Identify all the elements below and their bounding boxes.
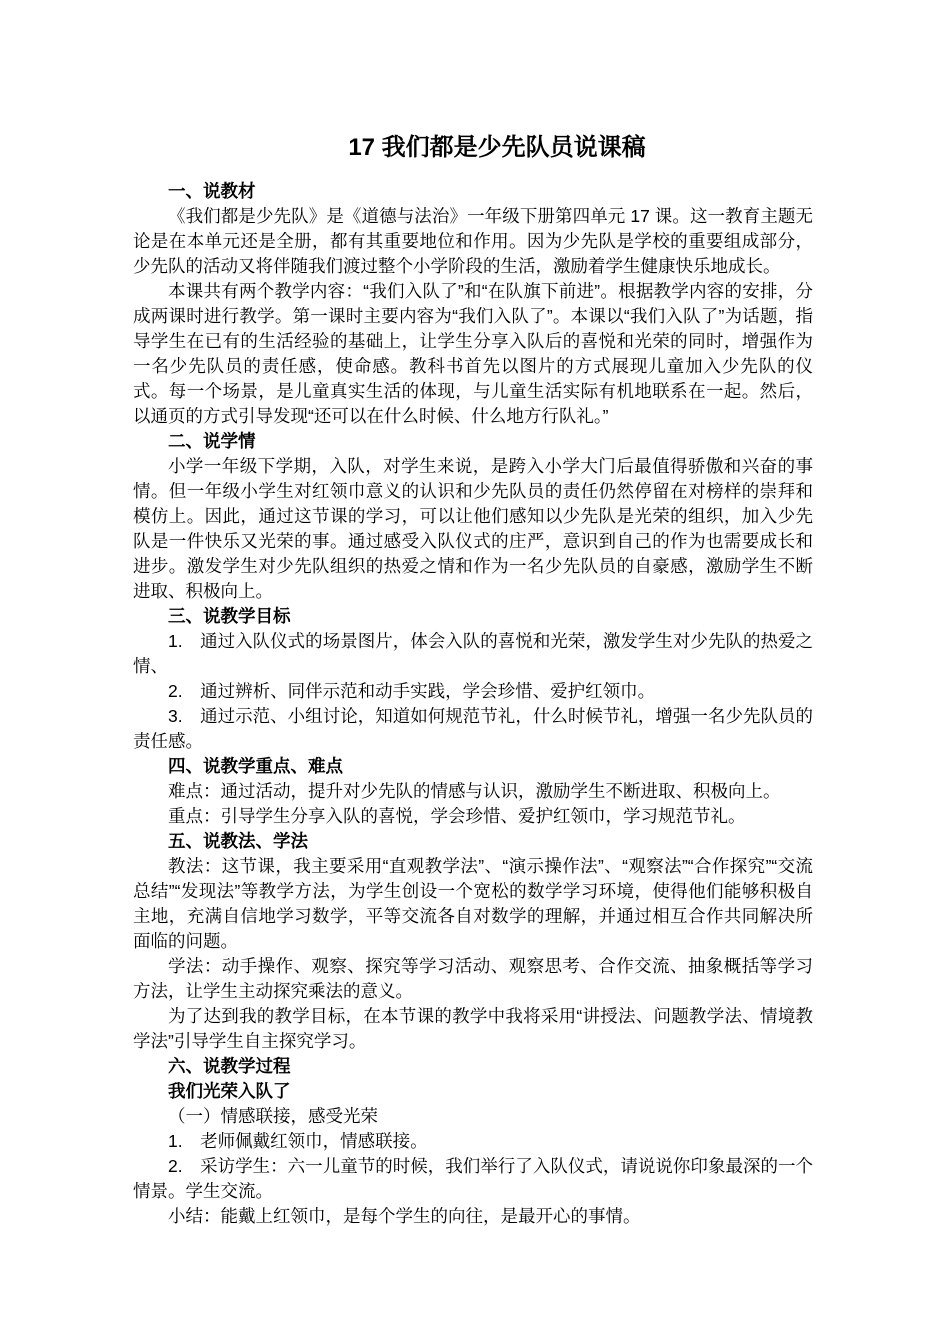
section-heading-teaching-goals: 三、说教学目标 [133, 604, 813, 629]
document-title: 17 我们都是少先队员说课稿 [133, 130, 813, 165]
paragraph-learner-analysis: 小学一年级下学期，入队，对学生来说，是跨入小学大门后最值得骄傲和兴奋的事情。但一… [133, 454, 813, 604]
section-heading-teaching-methods: 五、说教法、学法 [133, 829, 813, 854]
document-page: 17 我们都是少先队员说课稿 一、说教材 《我们都是少先队》是《道德与法治》一年… [0, 0, 950, 1344]
section-heading-learner-analysis: 二、说学情 [133, 429, 813, 454]
section-heading-key-difficult-points: 四、说教学重点、难点 [133, 754, 813, 779]
document-content: 17 我们都是少先队员说课稿 一、说教材 《我们都是少先队》是《道德与法治》一年… [133, 130, 813, 1229]
section-heading-teaching-process: 六、说教学过程 [133, 1054, 813, 1079]
paragraph-goal-2: 2. 通过辨析、同伴示范和动手实践，学会珍惜、爱护红领巾。 [133, 679, 813, 704]
paragraph-material-overview: 《我们都是少先队》是《道德与法治》一年级下册第四单元 17 课。这一教育主题无论… [133, 204, 813, 279]
paragraph-difficult-point: 难点：通过活动，提升对少先队的情感与认识，激励学生不断进取、积极向上。 [133, 779, 813, 804]
paragraph-key-point: 重点：引导学生分享入队的喜悦，学会珍惜、爱护红领巾，学习规范节礼。 [133, 804, 813, 829]
paragraph-material-content: 本课共有两个教学内容：“我们入队了”和“在队旗下前进”。根据教学内容的安排，分成… [133, 279, 813, 429]
paragraph-process-summary: 小结：能戴上红领巾，是每个学生的向往，是最开心的事情。 [133, 1204, 813, 1229]
paragraph-process-step-2: 2. 采访学生：六一儿童节的时候，我们举行了入队仪式，请说说你印象最深的一个情景… [133, 1154, 813, 1204]
paragraph-process-step-1: 1. 老师佩戴红领巾，情感联接。 [133, 1129, 813, 1154]
section-heading-teaching-material: 一、说教材 [133, 179, 813, 204]
paragraph-process-step-title: （一）情感联接，感受光荣 [133, 1104, 813, 1129]
paragraph-goal-3: 3. 通过示范、小组讨论，知道如何规范节礼，什么时候节礼，增强一名少先队员的责任… [133, 704, 813, 754]
paragraph-teaching-method: 教法：这节课，我主要采用“直观教学法”、“演示操作法”、“观察法”“合作探究”“… [133, 854, 813, 954]
paragraph-method-goal: 为了达到我的教学目标，在本节课的教学中我将采用“讲授法、问题教学法、情境教学法”… [133, 1004, 813, 1054]
paragraph-goal-1: 1. 通过入队仪式的场景图片，体会入队的喜悦和光荣，激发学生对少先队的热爱之情、 [133, 629, 813, 679]
subsection-heading-joined-gloriously: 我们光荣入队了 [133, 1079, 813, 1104]
paragraph-learning-method: 学法：动手操作、观察、探究等学习活动、观察思考、合作交流、抽象概括等学习方法，让… [133, 954, 813, 1004]
